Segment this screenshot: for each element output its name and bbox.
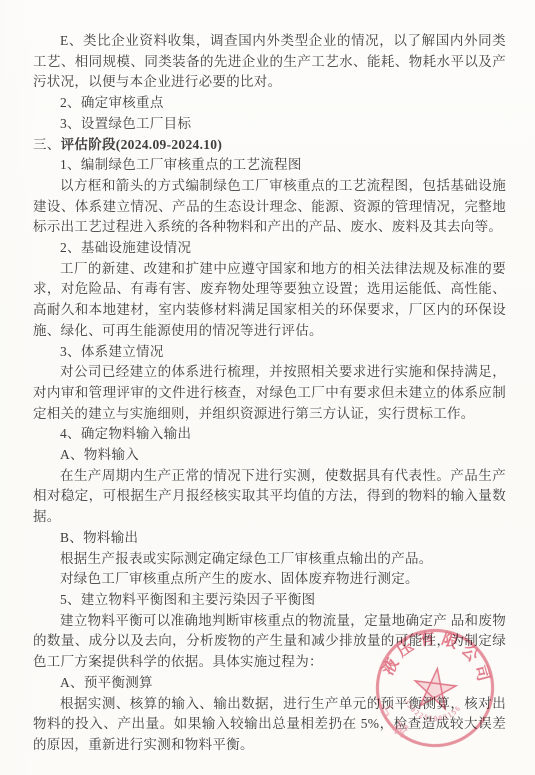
- list-item: B、物料输出: [33, 528, 506, 549]
- list-item: 4、确定物料输入输出: [33, 424, 506, 445]
- list-item: 3、体系建立情况: [33, 342, 506, 363]
- stamp-star-icon: [412, 666, 458, 710]
- list-item: 2、确定审核重点: [33, 93, 506, 114]
- heading-title: 评估阶段(2024.09-2024.10): [61, 137, 223, 152]
- paragraph: 根据生产报表或实际测定确定绿色工厂审核重点输出的产品。: [33, 549, 506, 570]
- paragraph: 对公司已经建立的体系进行梳理，并按照相关要求进行实施和保持满足，对内审和管理评审…: [33, 362, 506, 424]
- paragraph: 在生产周期内生产正常的情况下进行实测，使数据具有代表性。产品生产相对稳定，可根据…: [33, 466, 506, 528]
- heading-prefix: 三、: [33, 137, 61, 152]
- section-heading: 三、评估阶段(2024.09-2024.10): [33, 135, 506, 156]
- paragraph: 以方框和箭头的方式编制绿色工厂审核重点的工艺流程图，包括基础设施建设、体系建立情…: [33, 176, 506, 238]
- list-item: 3、设置绿色工厂目标: [33, 114, 506, 135]
- list-item: A、物料输入: [33, 445, 506, 466]
- stamp-faint-char: 波: [390, 717, 412, 739]
- list-item: 5、建立物料平衡图和主要污染因子平衡图: [33, 590, 506, 611]
- list-item: 1、编制绿色工厂审核重点的工艺流程图: [33, 155, 506, 176]
- company-seal-stamp: 液压有限公司 3302251003156 宁 波: [355, 608, 515, 768]
- paragraph: 对绿色工厂审核重点所产生的废水、固体废弃物进行测定。: [33, 569, 506, 590]
- paragraph: E、类比企业资料收集，调查国内外类型企业的情况，以了解国内外同类工艺、相同规模、…: [33, 31, 506, 93]
- list-item: 2、基础设施建设情况: [33, 238, 506, 259]
- stamp-serial-number: 3302251003156: [401, 697, 464, 726]
- paragraph: 工厂的新建、改建和扩建中应遵守国家和地方的相关法律法规及标准的要求，对危险品、有…: [33, 259, 506, 342]
